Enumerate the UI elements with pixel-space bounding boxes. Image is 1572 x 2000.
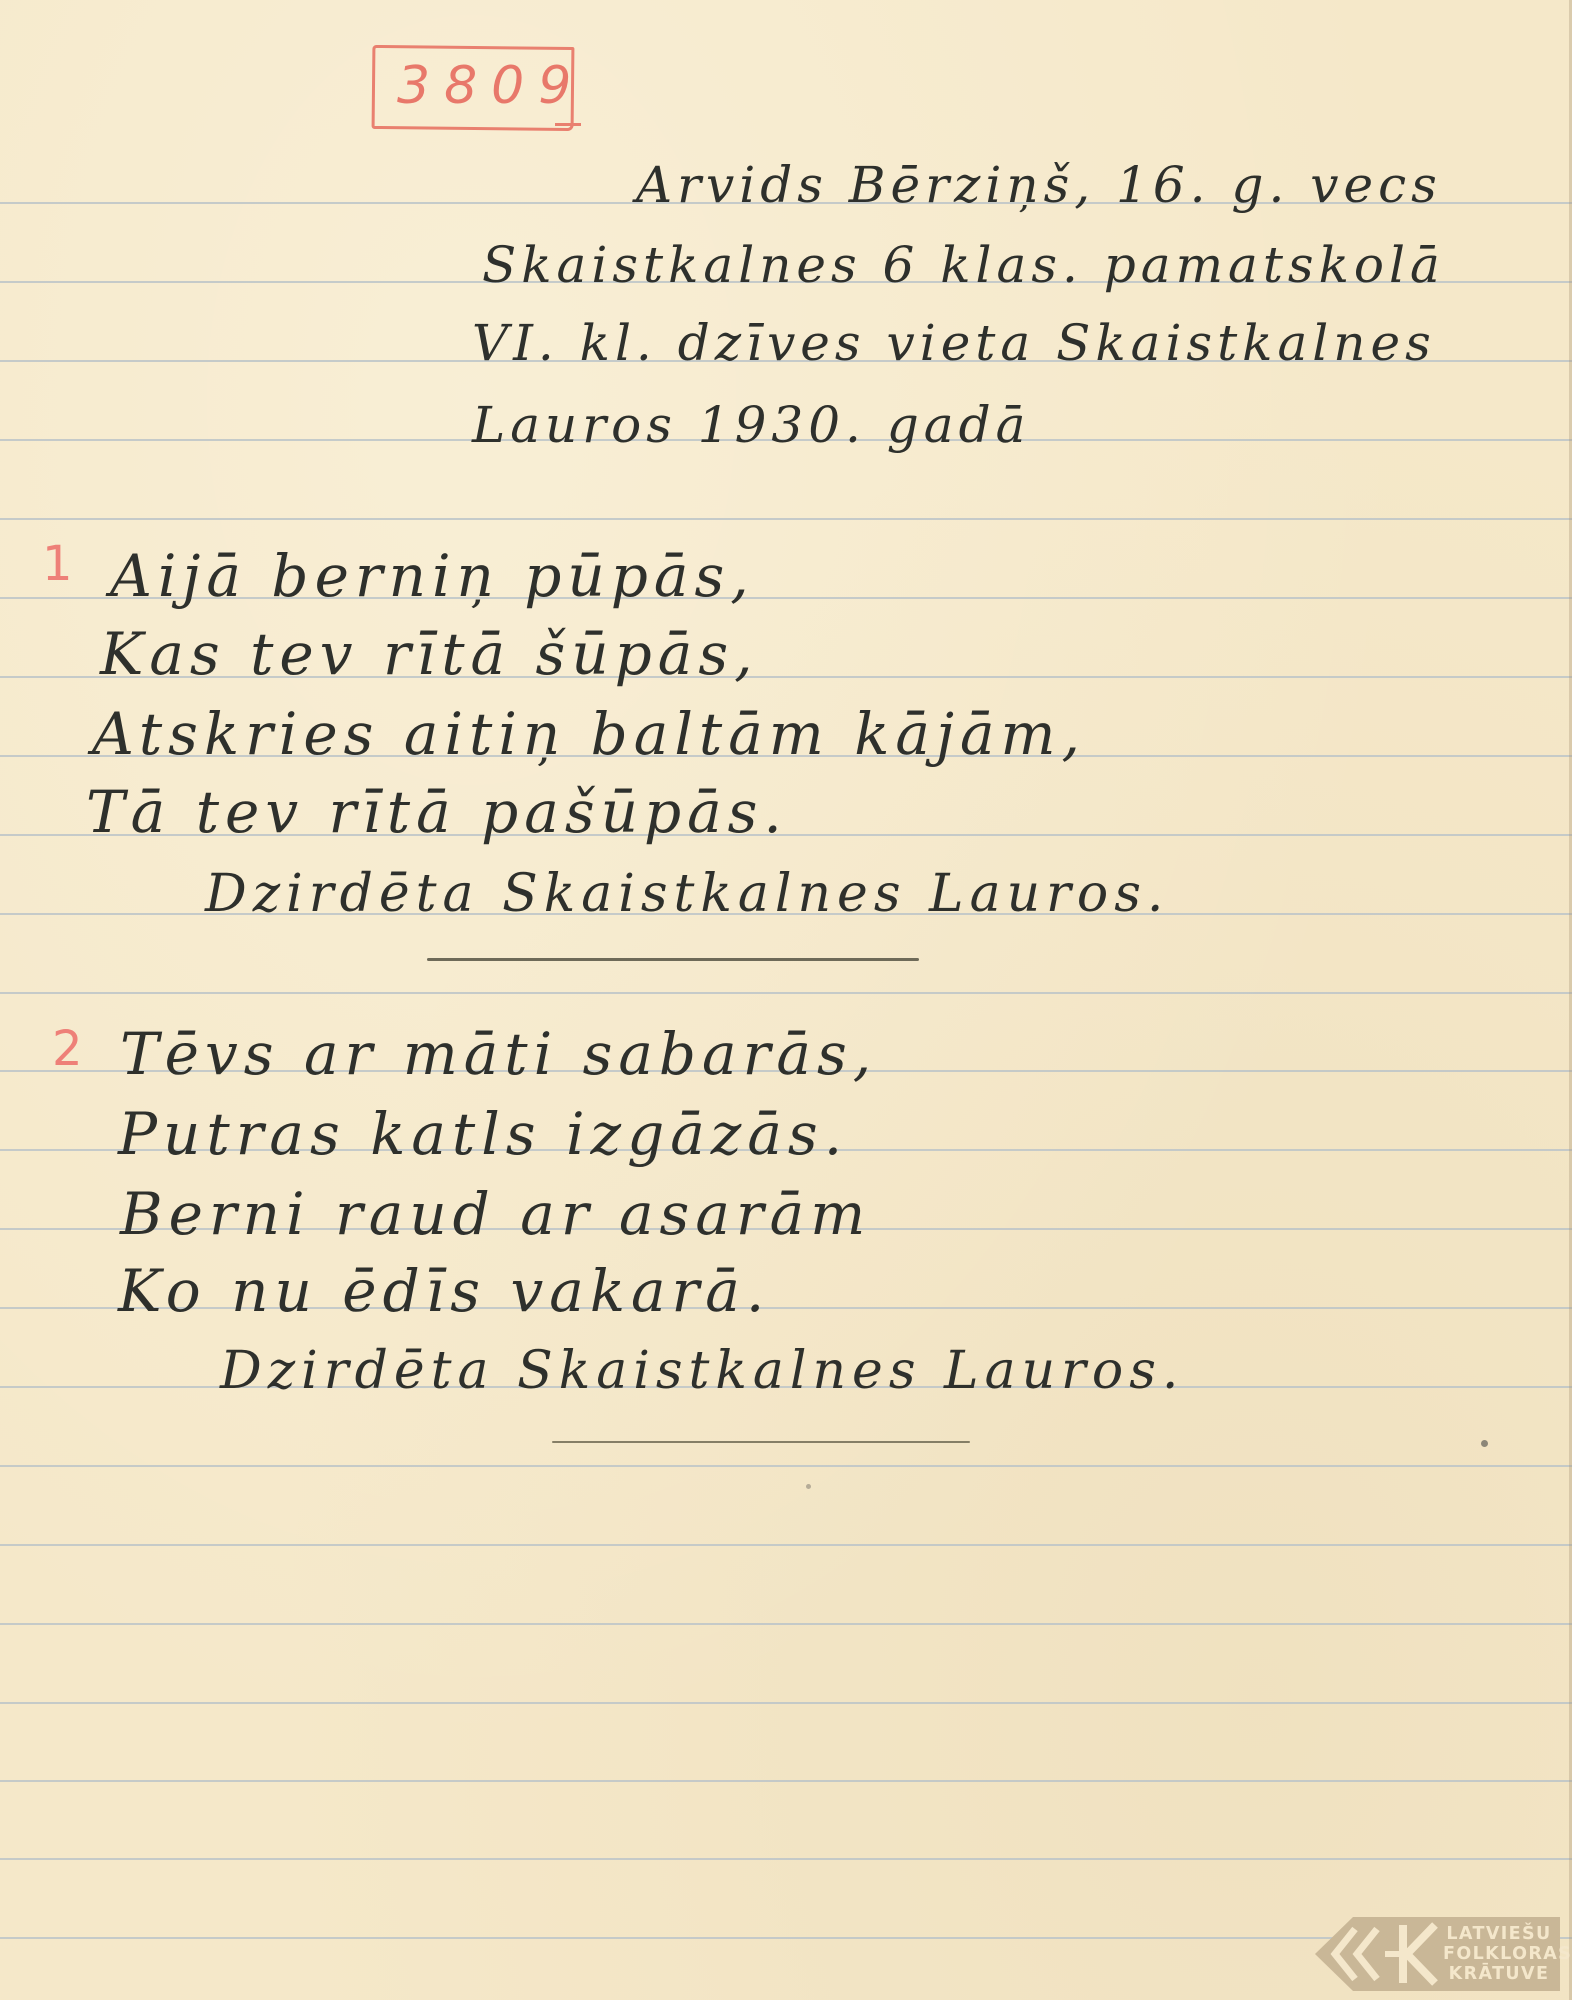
ruled-line [0,992,1572,994]
logo-line-3: KRĀTUVE [1443,1964,1555,1984]
ruled-line [0,1544,1572,1546]
header-line-school: Skaistkalnes 6 klas. pamatskolā [482,240,1445,290]
header-line-residence: VI. kl. dzīves vieta Skaistkalnes [472,318,1436,368]
ruled-line [0,518,1572,520]
archive-number: 3809 [397,56,585,116]
ruled-line [0,1623,1572,1625]
song-2-line-3: Berni raud ar asarām [120,1185,871,1243]
ruled-line [0,1858,1572,1860]
ruled-line [0,1780,1572,1782]
archive-number-box-underline [555,123,581,126]
song-1-line-1: Aijā berniņ pūpās, [110,547,755,605]
paper-speck [806,1484,811,1489]
ruled-line [0,1702,1572,1704]
logo-line-2: FOLKLORAS [1443,1944,1555,1964]
header-line-place-year: Lauros 1930. gadā [472,400,1030,450]
song-1-separator [427,958,919,961]
header-line-informant: Arvids Bērziņš, 16. g. vecs [636,160,1442,210]
song-2-separator [552,1441,970,1443]
song-2-attribution: Dzirdēta Skaistkalnes Lauros. [220,1345,1184,1397]
song-number-1: 1 [42,540,73,588]
logo-line-1: LATVIEŠU [1443,1924,1555,1944]
song-1-attribution: Dzirdēta Skaistkalnes Lauros. [205,868,1169,920]
ruled-line [0,1465,1572,1467]
song-1-line-2: Kas tev rītā šūpās, [100,625,759,683]
manuscript-page: 3809 Arvids Bērziņš, 16. g. vecs Skaistk… [0,0,1572,2000]
song-1-line-4: Tā tev rītā pašūpās. [86,783,788,841]
song-2-line-4: Ko nu ēdīs vakarā. [118,1262,770,1320]
paper-speck [1481,1440,1488,1447]
song-number-2: 2 [52,1025,83,1073]
folklore-archive-logo: LATVIEŠU FOLKLORAS KRĀTUVE [1315,1917,1560,1991]
song-1-line-3: Atskries aitiņ baltām kājām, [92,705,1086,763]
logo-text: LATVIEŠU FOLKLORAS KRĀTUVE [1443,1924,1555,1984]
song-2-line-2: Putras katls izgāzās. [118,1105,848,1163]
song-2-line-1: Tēvs ar māti sabarās, [120,1025,877,1083]
